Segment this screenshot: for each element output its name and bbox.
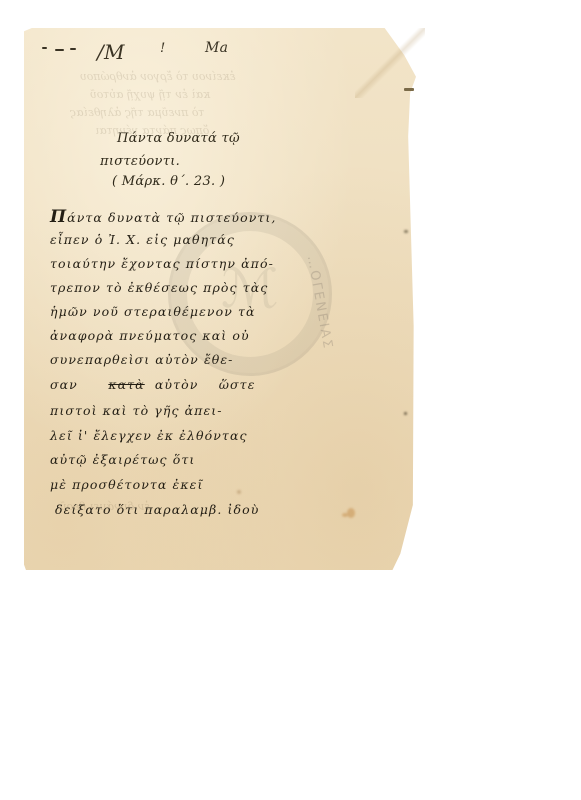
body-line: εἶπεν ὁ Ἰ. Χ. εἰς μαθητάς	[50, 232, 235, 247]
top-left-dash-mark	[55, 49, 64, 51]
bleed-through-line: τὸ πνεῦμα τῆς ἀληθείας	[70, 106, 205, 119]
body-line-text: αὐτὸν ὥστε	[145, 377, 256, 392]
stain-spot	[404, 412, 407, 415]
top-left-dash-mark	[70, 48, 76, 50]
title-line: πιστεύοντι.	[100, 154, 180, 169]
bleed-through-line: ἐκείνου τὸ ἔργον ἀνθρώπου	[80, 70, 236, 83]
top-left-dash-mark	[42, 47, 47, 49]
title-line: Πάντα δυνατά τῷ	[117, 131, 240, 146]
stain-spot	[347, 508, 355, 518]
bleed-through-line: καὶ ἐν τῇ ψυχῇ αὐτοῦ	[90, 88, 210, 101]
stain-spot	[342, 513, 348, 517]
body-line: τρεπον τὸ ἐκθέσεως πρὸς τὰς	[50, 280, 268, 295]
body-line: μὲ προσθέτοντα ἐκεῖ	[50, 477, 203, 492]
drop-cap: Π	[50, 207, 67, 227]
stain-spot	[237, 490, 241, 494]
page-mark-1: /M	[97, 40, 125, 64]
body-line: σαν κατὰ αὐτὸν ὥστε	[50, 377, 256, 392]
stain-spot	[404, 230, 408, 233]
body-line-text: σαν	[50, 377, 108, 392]
body-line: ἀναφορὰ πνεύματος καὶ οὐ	[50, 328, 250, 343]
title-reference: ( Μάρκ. θ΄. 23. )	[112, 174, 225, 189]
page-mark-3: Ma	[205, 40, 228, 56]
body-line: λεῖ ἰ' ἔλεγχεν ἐκ ἐλθόντας	[50, 428, 248, 443]
body-line: ἡμῶν νοῦ στεραιθέμενον τὰ	[50, 304, 256, 319]
struck-word: κατὰ	[108, 377, 144, 392]
body-line-text: άντα δυνατὰ τῷ πιστεύοντι,	[67, 210, 276, 225]
body-line: πιστοὶ καὶ τὸ γῆς ἀπει-	[50, 403, 223, 418]
body-line: δείξατο ὅτι παραλαμβ. ἰδοὺ	[55, 502, 259, 517]
torn-edge-mark	[404, 88, 414, 91]
page-mark-2: !	[160, 41, 166, 56]
body-line: συνεπαρθεὶσι αὐτὸν ἔθε-	[50, 352, 234, 367]
body-line: τοιαύτην ἔχοντας πίστην ἀπό-	[50, 256, 274, 271]
body-line: αὐτῷ ἐξαιρέτως ὅτι	[50, 452, 195, 467]
body-line: Πάντα δυνατὰ τῷ πιστεύοντι,	[50, 207, 277, 227]
